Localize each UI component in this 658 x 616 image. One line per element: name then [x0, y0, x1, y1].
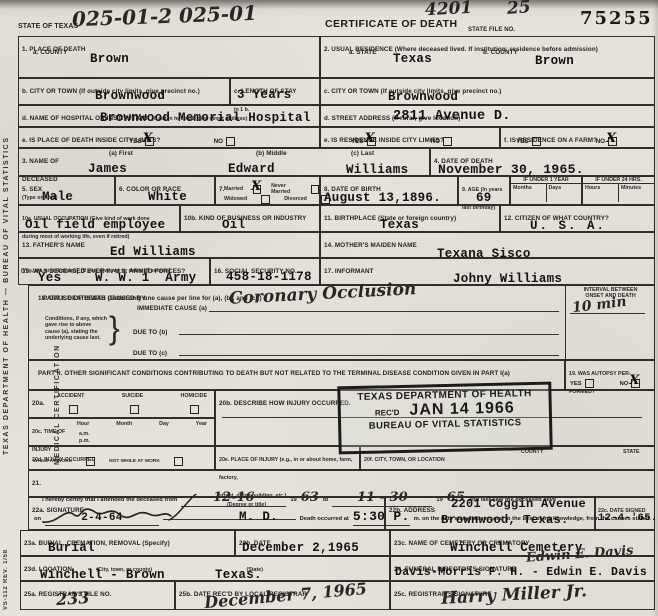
county-of-death-value: Brown [90, 52, 129, 66]
death-certificate-scan: STATE OF TEXAS 025-01-2 025-01 CERTIFICA… [0, 0, 658, 616]
hour-label: Hour [77, 421, 89, 427]
sex-value: Male [42, 190, 73, 204]
physician-signature-scrawl [39, 494, 249, 530]
yes-label: YES [351, 138, 364, 145]
residence-farm-cell: f. IS RESIDENCE ON A FARM? YES NOX [500, 127, 655, 148]
registrar-signature-cell: 25c. REGISTRAR'S SIGNATURE Harry Miller … [390, 581, 655, 610]
residence-county-value: Brown [535, 54, 574, 68]
stamp-date: JAN 14 1966 [409, 399, 515, 419]
residence-limits-yes-mark: X [365, 131, 375, 146]
date-signed-cell: 22c. DATE SIGNED 12-4-'65. [595, 497, 655, 530]
married-checkbox: X [253, 185, 261, 194]
birthplace-value: Texas [380, 218, 419, 232]
registrar-file-cell: 25a. REGISTRAR'S FILE NO. 233 [20, 581, 175, 610]
armed-forces-service-value: W. W. 1 Army [95, 271, 196, 285]
hospital-value: Brownwood Memorial Hospital [100, 111, 311, 125]
physician-address-cell: 22b. ADDRESS 2201 Coggin Avenue Brownwoo… [385, 497, 595, 530]
length-of-stay-value: 3 Years [237, 88, 292, 102]
not-while-at-work-checkbox [174, 457, 183, 466]
yes-label: YES [516, 138, 529, 145]
death-limits-yes-mark: X [143, 131, 153, 146]
date-of-birth-value: August 13,1896. [324, 191, 441, 205]
time-of-injury-cell: 20c. TIME OF INJURY Hour Month Day Year … [28, 418, 215, 446]
pm-label: p.m. [79, 438, 90, 444]
last-name-value: Williams [346, 163, 408, 177]
no-label: NO [620, 381, 629, 387]
funeral-director-typed-value: Davis-Morris F. H. - Edwin E. Davis [395, 566, 647, 579]
suicide-checkbox [130, 405, 139, 414]
days-label: Days [546, 184, 582, 202]
last-name-label: (c) Last [351, 150, 374, 158]
while-at-work-checkbox [86, 457, 95, 466]
place-of-death-cell: 1. PLACE OF DEATH a. COUNTY [18, 36, 320, 78]
married-mark: X [251, 179, 261, 194]
married-label: Married [224, 186, 243, 192]
color-race-value: White [148, 190, 187, 204]
funeral-director-cell: 24. FUNERAL DIRECTOR'S SIGNATURE Edwin E… [390, 556, 655, 581]
death-limits-yes-checkbox: X [145, 137, 154, 146]
age-value: 69 [476, 191, 492, 205]
farm-yes: YES [516, 137, 541, 146]
autopsy-yes: YES [570, 379, 594, 388]
degree-value: M. D. [239, 510, 278, 524]
farm-no-checkbox: X [608, 137, 617, 146]
city-of-death-value: Brownwood [95, 89, 165, 103]
manner-cell: 20a. ACCIDENT SUICIDE HOMICIDE [28, 390, 215, 418]
date-of-death-value: November 30, 1965. [438, 162, 584, 177]
residence-limits-yes: YESX [351, 137, 376, 146]
occupation-value: Oil field employee [25, 218, 165, 232]
part2-label: PART II. OTHER SIGNIFICANT CONDITIONS CO… [38, 370, 510, 377]
not-while-at-work-label: NOT WHILE AT WORK [109, 459, 160, 465]
due-to-c-line [179, 340, 559, 356]
autopsy-no: NOX [620, 379, 641, 388]
month-label: Month [116, 421, 132, 427]
sex-label: 5. SEX [22, 186, 42, 193]
interval-column: INTERVAL BETWEEN ONSET AND DEATH 10 min [565, 285, 655, 359]
accident-label: ACCIDENT [57, 393, 84, 399]
armed-forces-value: Yes [38, 271, 61, 285]
informant-value: Johny Williams [453, 272, 562, 286]
describe-injury-label: 20b. DESCRIBE HOW INJURY OCCURRED. [219, 400, 351, 407]
state-of-texas-label: STATE OF TEXAS [18, 23, 78, 31]
due-to-c-label: DUE TO (c) [133, 350, 167, 358]
industry-cell: 10b. KIND OF BUSINESS OR INDUSTRY [180, 205, 320, 232]
under-24-hrs-label: IF UNDER 24 HRS. [583, 177, 654, 184]
middle-name-value: Edward [228, 162, 275, 176]
autopsy-no-mark: X [629, 373, 639, 388]
time-of-injury-label: 20c. TIME OF [32, 429, 65, 435]
registrar-file-value: 233 [55, 588, 90, 609]
no-label: NO [596, 138, 605, 145]
hours-label: Hours [583, 184, 618, 202]
yes-label: YES [570, 381, 582, 387]
burial-value: Burial [48, 541, 95, 555]
never-married-checkbox [311, 185, 319, 194]
name-of-deceased-title: 3. NAME OF [22, 158, 59, 165]
autopsy-cell: 19. WAS AUTOPSY PER- FORMED? YES NOX [565, 360, 655, 390]
under-1-year-cell: IF UNDER 1 YEAR Months Days [510, 176, 582, 205]
physician-address-line2: Brownwood, Texas. [441, 513, 569, 527]
informant-label: 17. INFORMANT [324, 268, 374, 275]
injury-occurred-cell: 20d. INJURY OCCURRED WHILE AT WORK NOT W… [28, 446, 215, 470]
physician-address-label: 22b. ADDRESS [389, 507, 435, 514]
while-at-work-label: WHILE AT WORK [33, 459, 72, 465]
no-label: NO [431, 138, 440, 145]
certification-cell: 21. I hereby certify that I attended the… [28, 470, 655, 497]
homicide-label: HOMICIDE [181, 393, 208, 399]
residence-city-limits-cell: e. IS RESIDENCE INSIDE CITY LIMITS? YESX… [320, 127, 500, 148]
usual-residence-cell: 2. USUAL RESIDENCE (Where deceased lived… [320, 36, 655, 78]
death-limits-yes: YESX [129, 137, 154, 146]
year-label: Year [196, 421, 207, 427]
registrar-date-cell: 25b. DATE REC'D BY LOCAL REGISTRAR Decem… [175, 581, 390, 610]
residence-state-label: a. STATE [349, 49, 377, 57]
department-vertical-text: TEXAS DEPARTMENT OF HEALTH — BUREAU OF V… [3, 95, 10, 455]
physician-address-line1: 2201 Coggin Avenue [451, 497, 586, 511]
autopsy-no-checkbox: X [631, 379, 640, 388]
under-1-year-label: IF UNDER 1 YEAR [511, 177, 581, 184]
state-file-no-label: STATE FILE NO. [468, 27, 515, 34]
industry-value: Oil [222, 218, 245, 232]
widowed-checkbox [261, 195, 270, 204]
burial-label: 23a. BURIAL, CREMATION, REMOVAL (Specify… [24, 540, 170, 547]
mother-name-value: Texana Sisco [437, 247, 531, 261]
am-label: a.m. [79, 431, 90, 437]
injury-city-label: 20f. CITY, TOWN, OR LOCATION [364, 457, 445, 463]
header-handwritten-number-2: 25 [506, 0, 531, 19]
no-label: NO [214, 138, 223, 145]
state-file-number: 75255 [580, 8, 653, 29]
residence-state-value: Texas [393, 52, 432, 66]
widowed-label: Widowed [224, 196, 247, 202]
death-limits-no-checkbox [226, 137, 235, 146]
residence-city-cell: c. CITY OR TOWN (If outside city limits,… [320, 78, 655, 105]
months-label: Months [511, 184, 546, 202]
residence-county-label: b. COUNTY [483, 49, 518, 57]
immediate-cause-label: IMMEDIATE CAUSE (a) [137, 305, 207, 313]
stamp-recd-label: REC'D [375, 408, 400, 418]
first-name-value: James [88, 162, 127, 176]
residence-city-value: Brownwood [388, 90, 458, 104]
manner-number: 20a. [32, 400, 45, 407]
homicide-checkbox [190, 405, 199, 414]
residence-limits-no-checkbox [443, 137, 452, 146]
farm-no-mark: X [606, 131, 616, 146]
death-limits-no: NO [214, 137, 235, 146]
yes-label: YES [129, 138, 142, 145]
burial-location-value2: Texas. [215, 568, 262, 582]
header-handwritten-number-1: 4201 [425, 0, 473, 20]
conditions-brace: } [109, 310, 120, 347]
date-signed-value: 12-4-'65. [598, 512, 657, 524]
residence-limits-no: NO [431, 137, 452, 146]
divorced-label: Divorced [284, 196, 307, 202]
father-name-label: 13. FATHER'S NAME [22, 242, 85, 249]
injury-state-label: STATE [623, 449, 640, 455]
death-city-limits-cell: e. IS PLACE OF DEATH INSIDE CITY LIMITS?… [18, 127, 320, 148]
accident-checkbox [69, 405, 78, 414]
bureau-received-stamp: TEXAS DEPARTMENT OF HEALTH REC'D JAN 14 … [337, 382, 552, 455]
suicide-label: SUICIDE [122, 393, 144, 399]
burial-date-value: December 2,1965 [242, 541, 359, 555]
mother-name-label: 14. MOTHER'S MAIDEN NAME [324, 242, 417, 249]
day-label: Day [159, 421, 169, 427]
due-to-b-label: DUE TO (b) [133, 329, 167, 337]
never-married-label: Never Married [271, 183, 301, 196]
interval-line [570, 303, 645, 314]
burial-location-value1: Winchell - Brown [40, 568, 165, 582]
residence-limits-yes-checkbox: X [367, 137, 376, 146]
citizen-value: U. S. A. [530, 219, 606, 233]
degree-title-hint: (Degree or title) [227, 502, 266, 508]
cause-of-death-cell: 18. CAUSE OF DEATH (Enter only one cause… [28, 285, 655, 360]
first-name-label: (a) First [109, 150, 133, 158]
due-to-b-line [179, 319, 559, 335]
ssn-value: 458-18-1178 [226, 270, 312, 284]
certification-number: 21. [32, 480, 41, 487]
registrar-signature-value: Harry Miller Jr. [441, 581, 588, 609]
district-code-handwritten: 025-01-2 025-01 [72, 1, 258, 31]
father-name-value: Ed Williams [110, 245, 196, 259]
middle-name-label: (b) Middle [256, 150, 287, 158]
physician-signature-cell: 22a. SIGNATURE (Degree or title) M. D. [28, 497, 385, 530]
minutes-label: Minutes [618, 184, 654, 202]
street-address-value: 2811 Avenue D. [393, 109, 511, 124]
county-of-death-label: a. COUNTY [33, 49, 68, 57]
farm-no: NOX [596, 137, 617, 146]
farm-yes-checkbox [532, 137, 541, 146]
conditions-note: Conditions, if any, which gave rise to a… [45, 316, 107, 341]
part1-label: PART I. DEATH WAS CAUSED BY: [43, 295, 147, 303]
marital-status-cell: 7. Married X Never Married Widowed Divor… [215, 176, 320, 205]
certificate-title: CERTIFICATE OF DEATH [325, 18, 457, 30]
autopsy-label: 19. WAS AUTOPSY PER- [569, 371, 631, 377]
form-code-vertical-text: VS-112 REV. 1/58 [3, 520, 9, 610]
autopsy-yes-checkbox [585, 379, 594, 388]
under-24-hrs-cell: IF UNDER 24 HRS. Hours Minutes [582, 176, 655, 205]
registrar-date-value: December 7, 1965 [203, 579, 367, 612]
